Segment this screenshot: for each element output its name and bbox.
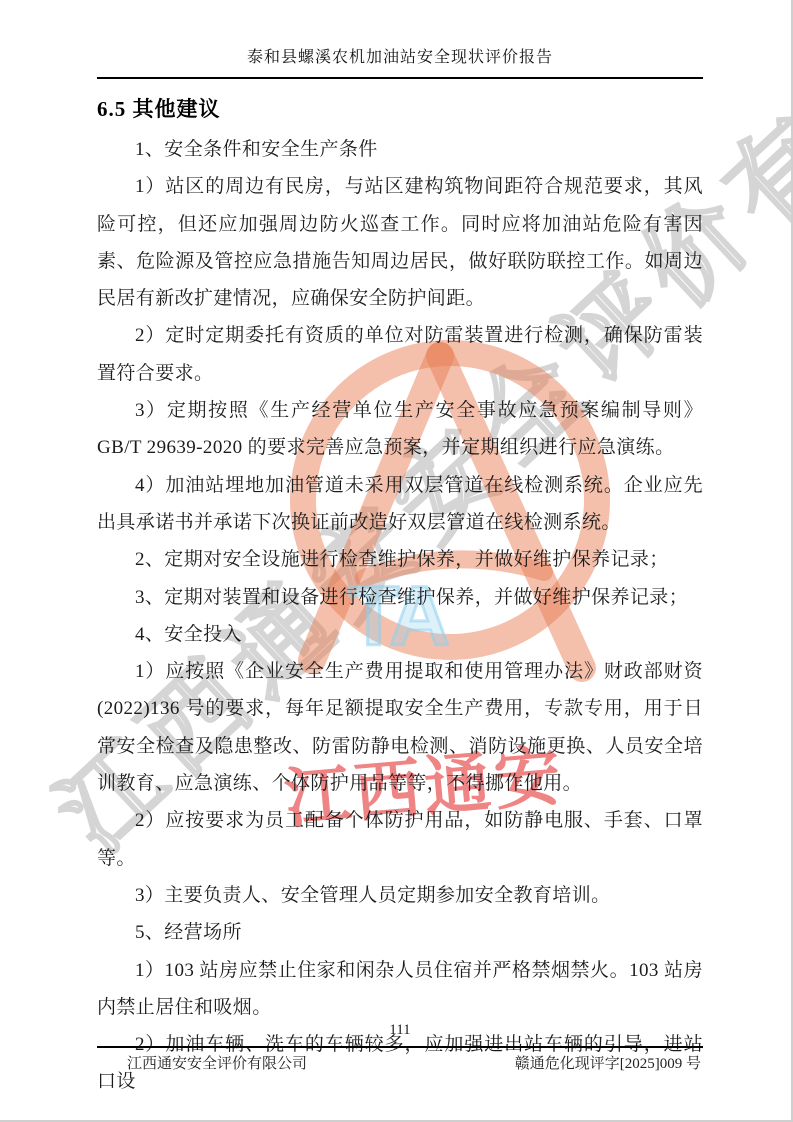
paragraph: 1）站区的周边有民房，与站区建构筑物间距符合规范要求，其风险可控，但还应加强周边… [97,168,703,317]
paragraph: 1）103 站房应禁止住家和闲杂人员住宿并严格禁烟禁火。103 站房内禁止居住和… [97,952,703,1027]
paragraph: 4）加油站埋地加油管道未采用双层管道在线检测系统。企业应先出具承诺书并承诺下次换… [97,467,703,542]
paragraph: 3）主要负责人、安全管理人员定期参加安全教育培训。 [97,877,703,914]
document-body: 1、安全条件和安全生产条件 1）站区的周边有民房，与站区建构筑物间距符合规范要求… [97,131,703,1101]
paragraph: 2、定期对安全设施进行检查维护保养，并做好维护保养记录； [97,541,703,578]
paragraph: 1）应按照《企业安全生产费用提取和使用管理办法》财政部财资(2022)136 号… [97,653,703,802]
paragraph: 4、安全投入 [97,616,703,653]
paragraph: 1、安全条件和安全生产条件 [97,131,703,168]
paragraph: 5、经营场所 [97,914,703,951]
paragraph: 3、定期对装置和设备进行检查维护保养，并做好维护保养记录； [97,579,703,616]
paragraph: 2）应按要求为员工配备个体防护用品，如防静电服、手套、口罩等。 [97,802,703,877]
footer-divider [97,1046,703,1048]
report-page: 江西通安安全评价有限公司 TA 江西通安 泰和县螺溪农机加油站安全现状评价报告 … [0,0,793,1122]
paragraph: 2）定时定期委托有资质的单位对防雷装置进行检测，确保防雷装置符合要求。 [97,317,703,392]
paragraph: 3）定期按照《生产经营单位生产安全事故应急预案编制导则》GB/T 29639-2… [97,392,703,467]
footer-doc-number: 赣通危化现评字[2025]009 号 [515,1052,703,1073]
section-heading: 6.5 其他建议 [97,93,703,123]
footer-company-name: 江西通安安全评价有限公司 [97,1052,307,1073]
page-header-title: 泰和县螺溪农机加油站安全现状评价报告 [97,44,703,67]
page-number: 111 [97,1022,703,1039]
header-divider [97,77,703,79]
page-footer: 江西通安安全评价有限公司 赣通危化现评字[2025]009 号 [97,1052,703,1073]
